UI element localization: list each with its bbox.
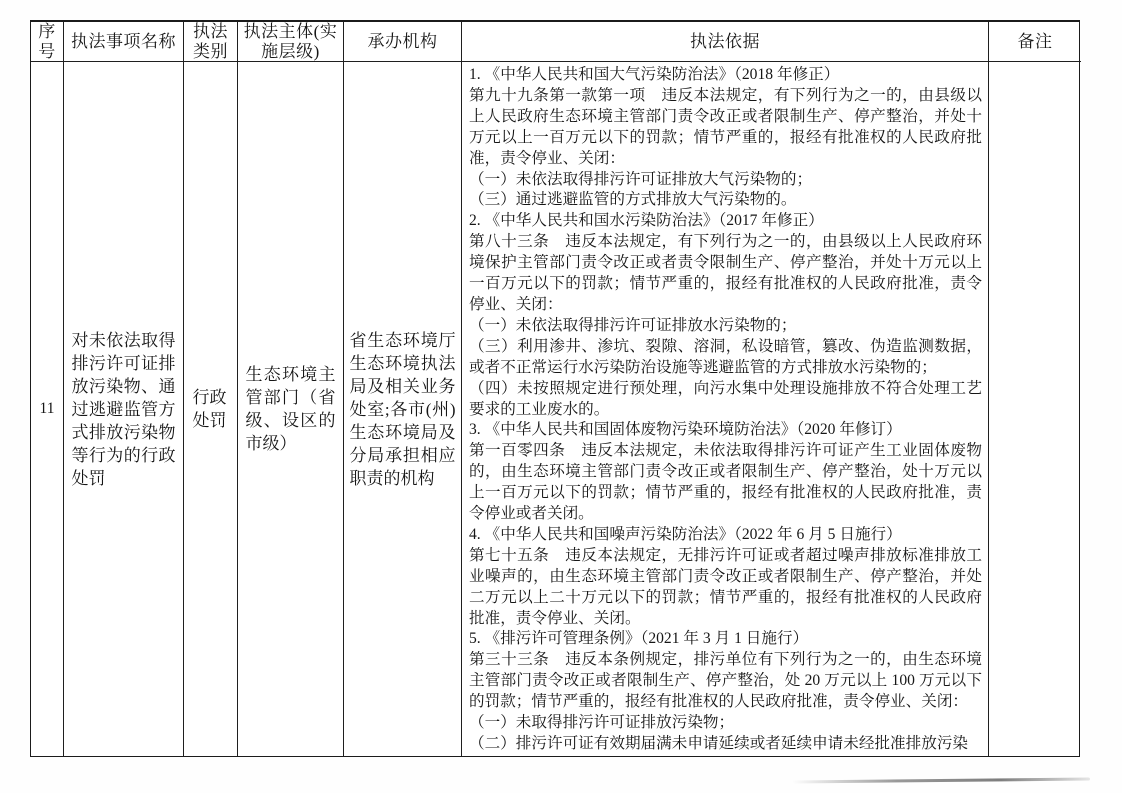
law-paragraph: （三）利用渗井、渗坑、裂隙、溶洞，私设暗管，篡改、伪造监测数据，或者不正常运行水… <box>469 337 982 379</box>
cell-category: 行政处罚 <box>184 62 238 756</box>
cell-legal-basis: 1. 《中华人民共和国大气污染防治法》（2018 年修正）第九十九条第一款第一项… <box>462 62 989 756</box>
document-page: 序 号 执法事项名称 执法 类别 执法主体(实 施层级) 承办机构 执法依据 备… <box>0 0 1122 793</box>
law-paragraph: 第八十三条 违反本法规定，有下列行为之一的，由县级以上人民政府环境保护主管部门责… <box>469 232 982 316</box>
law-title: 1. 《中华人民共和国大气污染防治法》（2018 年修正） <box>469 65 982 86</box>
law-paragraph: 第三十三条 违反本条例规定，排污单位有下列行为之一的，由生态环境主管部门责令改正… <box>469 650 982 713</box>
cell-remark <box>989 62 1081 756</box>
law-paragraph: 第七十五条 违反本法规定，无排污许可证或者超过噪声排放标准排放工业噪声的，由生态… <box>469 546 982 630</box>
cell-agency: 省生态环境厅生态环境执法局及相关业务处室;各市(州)生态环境局及分局承担相应职责… <box>344 62 462 756</box>
cell-serial: 11 <box>31 62 64 756</box>
header-remark-label: 备注 <box>1018 32 1053 52</box>
cell-item-name: 对未依法取得排污许可证排放污染物、通过逃避监管方式排放污染物等行为的行政处罚 <box>64 62 184 756</box>
law-paragraph: （四）未按照规定进行预处理，向污水集中处理设施排放不符合处理工艺要求的工业废水的… <box>469 379 982 421</box>
header-subject-line2: 施层级) <box>261 42 320 62</box>
law-paragraph: 第一百零四条 违反本法规定，未依法取得排污许可证产生工业固体废物的，由生态环境主… <box>469 441 982 525</box>
law-paragraph: （一）未依法取得排污许可证排放水污染物的； <box>469 316 982 337</box>
header-subject: 执法主体(实 施层级) <box>238 22 344 62</box>
header-serial: 序 号 <box>31 22 64 62</box>
item-name-text: 对未依法取得排污许可证排放污染物、通过逃避监管方式排放污染物等行为的行政处罚 <box>72 329 176 490</box>
header-serial-line1: 序 <box>38 22 56 42</box>
law-paragraph: （一）未依法取得排污许可证排放大气污染物的； <box>469 170 982 191</box>
law-title: 4. 《中华人民共和国噪声污染防治法》（2022 年 6 月 5 日施行） <box>469 525 982 546</box>
law-title: 5. 《排污许可管理条例》（2021 年 3 月 1 日施行） <box>469 629 982 650</box>
category-text: 行政处罚 <box>193 386 229 432</box>
header-category-line1: 执法 <box>193 22 228 42</box>
header-category: 执法 类别 <box>184 22 238 62</box>
header-remark: 备注 <box>989 22 1081 62</box>
law-title: 2. 《中华人民共和国水污染防治法》（2017 年修正） <box>469 211 982 232</box>
header-legal-basis-label: 执法依据 <box>690 32 760 52</box>
header-item-name: 执法事项名称 <box>64 22 184 62</box>
law-paragraph: （二）排污许可证有效期届满未申请延续或者延续申请未经批准排放污染 <box>469 734 982 755</box>
law-paragraph: （三）通过逃避监管的方式排放大气污染物的。 <box>469 190 982 211</box>
header-agency-label: 承办机构 <box>368 32 438 52</box>
subject-text: 生态环境主管部门（省级、设区的市级） <box>246 363 336 455</box>
header-subject-line1: 执法主体(实 <box>244 22 338 42</box>
cell-subject: 生态环境主管部门（省级、设区的市级） <box>238 62 344 756</box>
law-title: 3. 《中华人民共和国固体废物污染环境防治法》（2020 年修订） <box>469 420 982 441</box>
scan-artifact-line <box>792 777 1090 783</box>
agency-text: 省生态环境厅生态环境执法局及相关业务处室;各市(州)生态环境局及分局承担相应职责… <box>350 329 456 490</box>
header-agency: 承办机构 <box>344 22 462 62</box>
header-item-name-label: 执法事项名称 <box>71 32 176 52</box>
header-legal-basis: 执法依据 <box>462 22 989 62</box>
law-paragraph: 第九十九条第一款第一项 违反本法规定，有下列行为之一的，由县级以上人民政府生态环… <box>469 86 982 170</box>
serial-value: 11 <box>40 400 55 418</box>
header-category-line2: 类别 <box>193 42 228 62</box>
enforcement-table: 序 号 执法事项名称 执法 类别 执法主体(实 施层级) 承办机构 执法依据 备… <box>30 20 1080 757</box>
legal-basis-content: 1. 《中华人民共和国大气污染防治法》（2018 年修正）第九十九条第一款第一项… <box>462 62 988 755</box>
header-serial-line2: 号 <box>38 42 56 62</box>
law-paragraph: （一）未取得排污许可证排放污染物； <box>469 713 982 734</box>
